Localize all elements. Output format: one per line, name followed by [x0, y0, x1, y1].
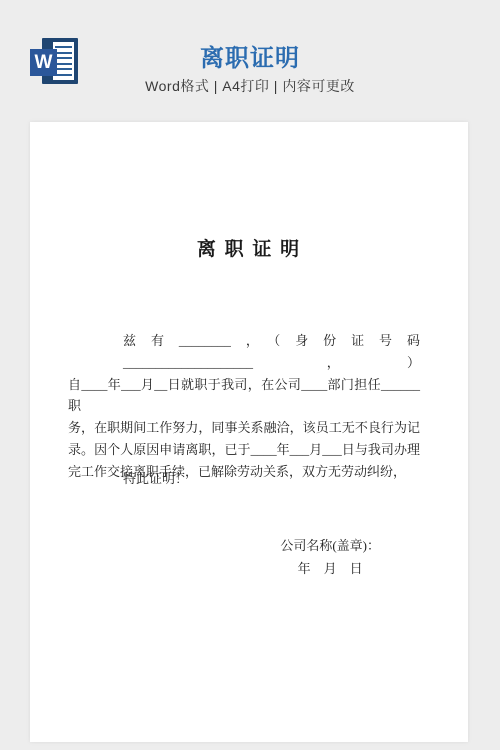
template-preview-screen: W 离职证明 Word格式 | A4打印 | 内容可更改 离 职 证 明 兹有_… [0, 0, 500, 750]
body-line: 兹有________，（身份证号码____________________，） [68, 330, 420, 374]
format-subtitle: Word格式 | A4打印 | 内容可更改 [0, 76, 500, 96]
document-page: 离 职 证 明 兹有________，（身份证号码_______________… [30, 122, 468, 742]
body-line: 自____年___月__日就职于我司，在公司____部门担任______职 [68, 374, 420, 418]
document-title: 离 职 证 明 [30, 234, 468, 261]
page-title: 离职证明 [0, 38, 500, 73]
signature-block: 公司名称(盖章)： 年 月 日 [280, 535, 380, 580]
document-body: 兹有________，（身份证号码____________________，） … [68, 330, 420, 483]
body-line: 务，在职期间工作努力，同事关系融洽，该员工无不良行为记 [68, 417, 420, 439]
attest-line: 特此证明！ [123, 468, 188, 487]
date-line: 年 月 日 [280, 558, 380, 581]
company-seal-label: 公司名称(盖章)： [280, 535, 380, 558]
body-line: 录。因个人原因申请离职，已于____年___月___日与我司办理 [68, 439, 420, 461]
body-line: 完工作交接离职手续，已解除劳动关系，双方无劳动纠纷， [68, 461, 420, 483]
